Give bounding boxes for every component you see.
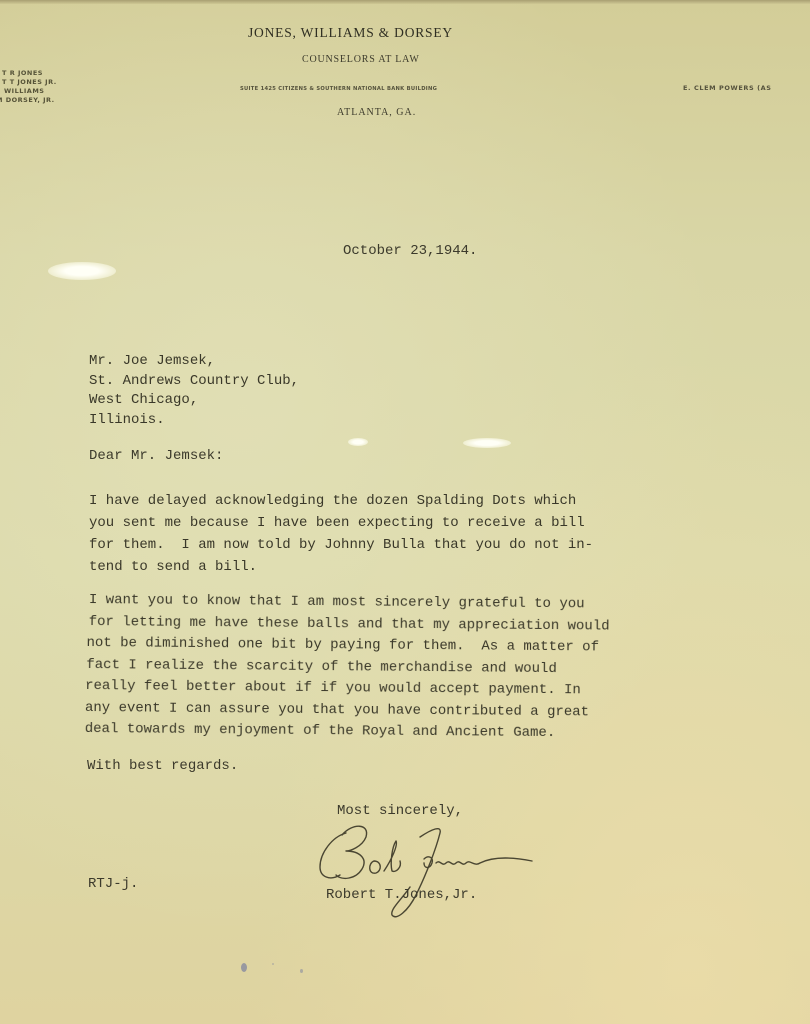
closing-remark: With best regards.: [87, 758, 238, 774]
paragraph-1: I have delayed acknowledging the dozen S…: [89, 490, 593, 578]
partners-list-left: T R JONES T T JONES JR. WILLIAMS M DORSE…: [0, 69, 57, 105]
recipient-address: Mr. Joe Jemsek, St. Andrews Country Club…: [89, 352, 299, 430]
partner-name-right: E. CLEM POWERS (AS: [683, 84, 772, 92]
partner-name: T T JONES JR.: [0, 78, 57, 87]
paper-top-edge: [0, 0, 810, 4]
recipient-line: Illinois.: [89, 411, 299, 431]
letter-page: JONES, WILLIAMS & DORSEY COUNSELORS AT L…: [0, 0, 810, 1024]
partner-name: T R JONES: [0, 69, 57, 78]
light-glare: [48, 262, 116, 280]
paragraph-line: you sent me because I have been expectin…: [89, 512, 593, 534]
paragraph-line: for them. I am now told by Johnny Bulla …: [89, 534, 593, 556]
paragraph-2: I want you to know that I am most sincer…: [88, 590, 610, 745]
paragraph-line: tend to send a bill.: [89, 556, 593, 578]
recipient-line: Mr. Joe Jemsek,: [89, 352, 299, 372]
ink-mark: [300, 969, 303, 973]
handwritten-signature: [312, 815, 552, 935]
signer-name: Robert T.Jones,Jr.: [326, 887, 477, 903]
firm-name: JONES, WILLIAMS & DORSEY: [248, 25, 453, 41]
paragraph-line: deal towards my enjoyment of the Royal a…: [85, 719, 609, 745]
ink-mark: [272, 963, 274, 965]
light-glare: [463, 438, 511, 448]
firm-subtitle: COUNSELORS AT LAW: [302, 54, 420, 65]
light-glare: [348, 438, 368, 446]
partner-name: M DORSEY, JR.: [0, 96, 57, 105]
paragraph-line: I have delayed acknowledging the dozen S…: [89, 490, 593, 512]
partner-name: WILLIAMS: [0, 87, 57, 96]
recipient-line: West Chicago,: [89, 391, 299, 411]
ink-mark: [241, 963, 247, 972]
reference-initials: RTJ-j.: [88, 876, 138, 892]
firm-city: ATLANTA, GA.: [337, 107, 416, 118]
recipient-line: St. Andrews Country Club,: [89, 372, 299, 392]
letter-date: October 23,1944.: [343, 243, 477, 259]
salutation: Dear Mr. Jemsek:: [89, 448, 223, 464]
firm-address: SUITE 1425 CITIZENS & SOUTHERN NATIONAL …: [240, 86, 437, 92]
